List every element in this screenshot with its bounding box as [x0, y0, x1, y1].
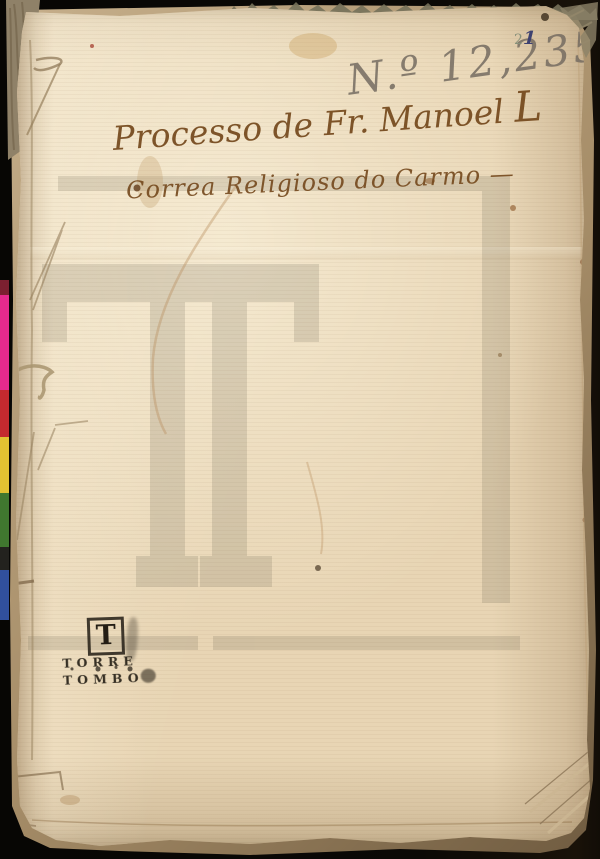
- faint-spot: [498, 353, 502, 357]
- curved-stain-line-2: [307, 462, 322, 554]
- stamp-ink-blob: [141, 668, 156, 683]
- corner-stain: [60, 795, 80, 805]
- scanned-manuscript-cover: TT: [0, 0, 600, 859]
- strip-segment-green: [0, 493, 9, 547]
- fore-edge-line: [525, 752, 588, 804]
- curved-stain-line: [153, 186, 236, 434]
- stamp-ink-specks: [70, 667, 73, 670]
- strip-segment-black: [0, 547, 9, 570]
- strip-segment-darkred: [0, 280, 9, 295]
- spine-crease: [30, 40, 33, 760]
- stamp-text-torre: TORRE: [62, 653, 138, 671]
- brown-speck: [510, 205, 516, 211]
- bottom-crease: [32, 820, 572, 826]
- dark-speck: [315, 565, 321, 571]
- yellow-stain: [289, 33, 337, 59]
- strip-segment-blue: [0, 570, 9, 620]
- dark-speck: [541, 13, 549, 21]
- strip-segment-magenta: [0, 295, 9, 390]
- manuscript-page: TT: [0, 0, 600, 859]
- diagonal-thread: [30, 222, 65, 310]
- stamp-t-letter: T: [87, 620, 125, 653]
- diagonal-thread: [17, 421, 88, 540]
- color-calibration-strip: [0, 0, 9, 859]
- title-line-1-flourish: L: [512, 81, 543, 132]
- strip-segment-red: [0, 390, 9, 437]
- stamp-text-tombo: TOMBO: [63, 670, 144, 688]
- red-speck: [90, 44, 94, 48]
- strip-segment-yellow: [0, 437, 9, 493]
- corner-folio-number: 21: [514, 28, 535, 49]
- torre-do-tombo-stamp: T TORRE TOMBO: [63, 610, 162, 697]
